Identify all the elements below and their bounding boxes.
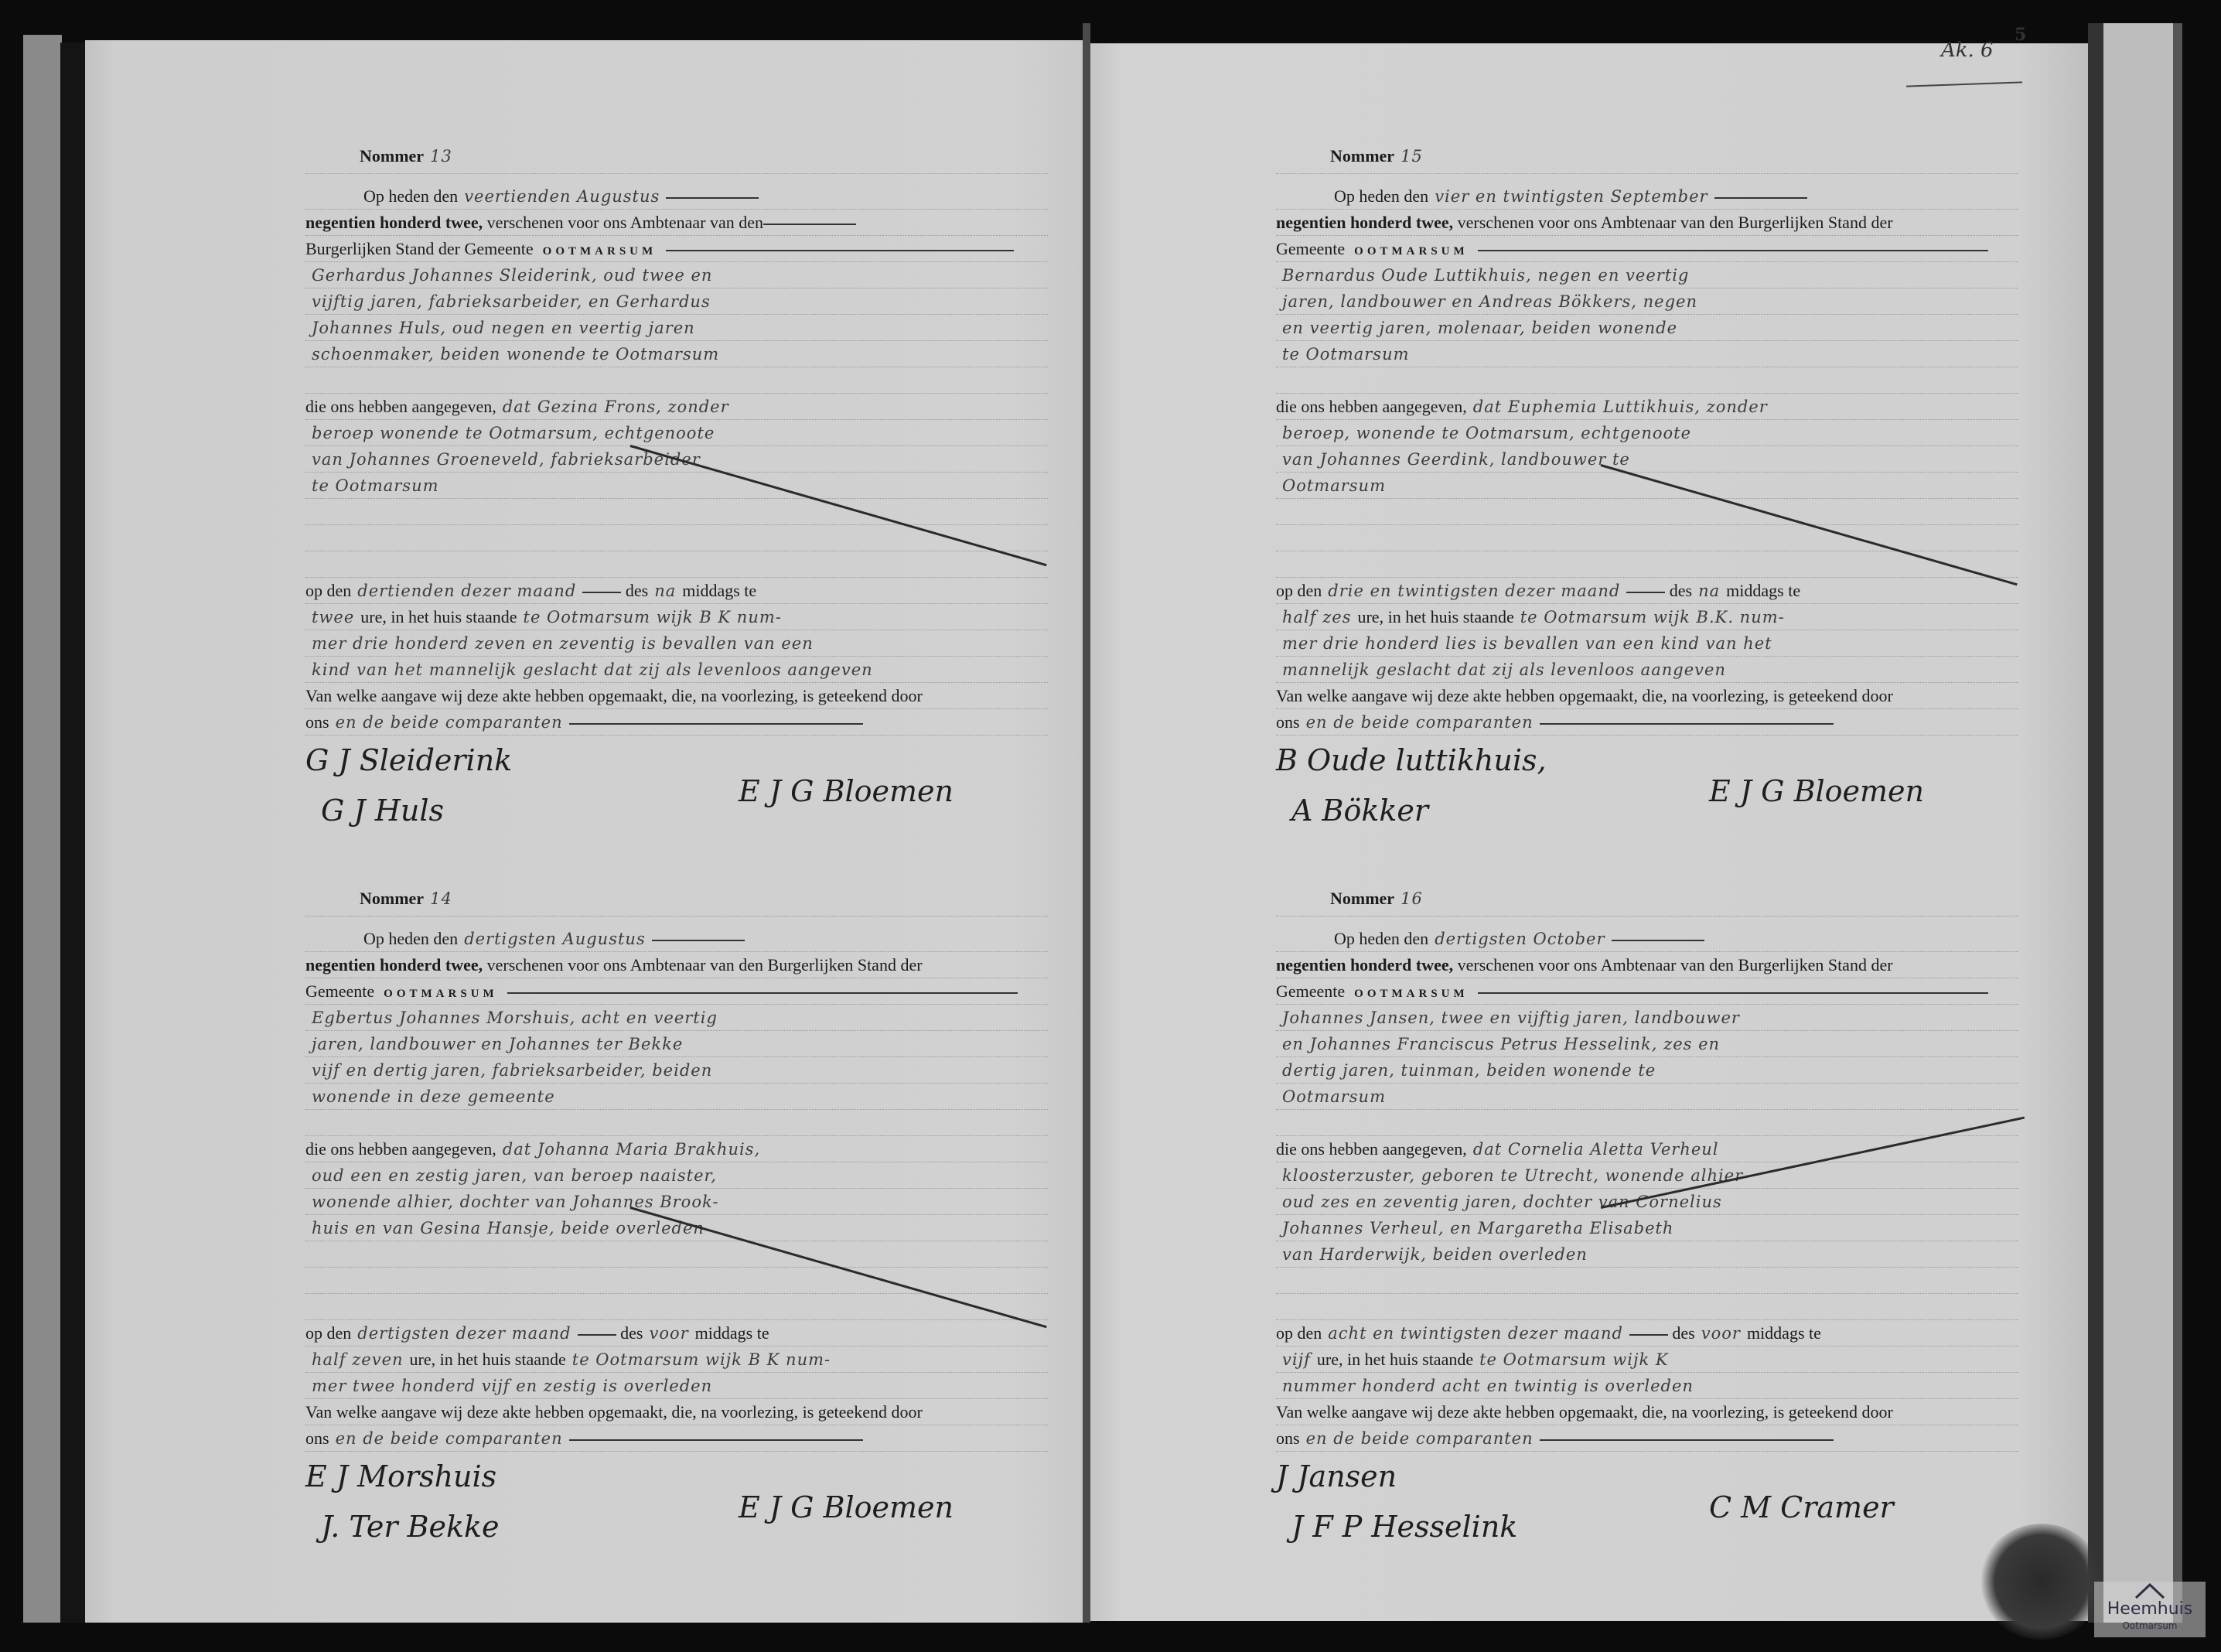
des-label: des <box>626 581 648 600</box>
declared-text: Johannes Verheul, en Margaretha Elisabet… <box>1282 1219 1673 1237</box>
gemeente-line: GemeenteOOTMARSUM <box>1276 236 2018 262</box>
op-den-label: op den <box>1276 1323 1322 1343</box>
blank-line <box>305 1241 1048 1268</box>
event-text: mer drie honderd lies is bevallen van ee… <box>1282 634 1772 653</box>
house-location: te Ootmarsum wijk B K num- <box>572 1350 831 1369</box>
fill-rule <box>652 940 745 941</box>
comparant-text: Gerhardus Johannes Sleiderink, oud twee … <box>312 266 712 285</box>
fill-rule <box>569 723 863 725</box>
blank-line <box>305 1294 1048 1320</box>
blank-line <box>305 1110 1048 1136</box>
record-13: Nommer13Op heden denveertienden Augustus… <box>305 139 1048 852</box>
record-number: 15 <box>1400 147 1423 166</box>
declared-line: van Harderwijk, beiden overleden <box>1276 1241 2018 1268</box>
comparant-line: jaren, landbouwer en Andreas Bökkers, ne… <box>1276 288 2018 315</box>
event-text: mer twee honderd vijf en zestig is overl… <box>312 1377 712 1395</box>
verschenen-text: verschenen voor ons Ambtenaar van den Bu… <box>1458 213 1893 232</box>
closing-text: Van welke aangave wij deze akte hebben o… <box>305 686 923 705</box>
gemeente-line: Burgerlijken Stand der GemeenteOOTMARSUM <box>305 236 1048 262</box>
declared-line: Johannes Verheul, en Margaretha Elisabet… <box>1276 1215 2018 1241</box>
comparant-text: Bernardus Oude Luttikhuis, negen en veer… <box>1282 266 1689 285</box>
hour-value: vijf <box>1282 1350 1311 1369</box>
signature: E J G Bloemen <box>739 774 954 808</box>
hour-value: twee <box>312 608 354 626</box>
op-den-line: op denacht en twintigsten dezer maand de… <box>1276 1320 2018 1347</box>
blank-line <box>1276 1110 2018 1136</box>
scan-border-bottom <box>0 1623 2221 1652</box>
signature: J. Ter Bekke <box>321 1510 500 1544</box>
blank-line <box>1276 367 2018 394</box>
fill-rule <box>666 250 1014 251</box>
date-line: Op heden denvier en twintigsten Septembe… <box>1276 183 2018 210</box>
time-of-day: na <box>1698 582 1720 600</box>
op-heden-label: Op heden den <box>1334 929 1428 948</box>
page-number: 5 <box>2015 25 2026 45</box>
book-edge-left <box>23 35 62 1643</box>
declared-text: te Ootmarsum <box>312 476 439 495</box>
op-den-line: op dendertigsten dezer maand desvoormidd… <box>305 1320 1048 1347</box>
year-text: negentien honderd twee, <box>305 955 483 974</box>
signature: E J G Bloemen <box>1709 774 1924 808</box>
scan-border-right <box>2182 0 2221 1652</box>
comparant-line: Gerhardus Johannes Sleiderink, oud twee … <box>305 262 1048 288</box>
declared-text: kloosterzuster, geboren te Utrecht, wone… <box>1282 1166 1743 1185</box>
declared-line: te Ootmarsum <box>305 473 1048 499</box>
municipality-name: OOTMARSUM <box>1354 245 1469 258</box>
fill-rule <box>763 224 856 225</box>
nommer-label: Nommer <box>1330 146 1394 166</box>
comparant-text: Johannes Jansen, twee en vijftig jaren, … <box>1282 1009 1740 1027</box>
declared-text: dat Gezina Frons, zonder <box>503 398 729 416</box>
comparant-line: en Johannes Franciscus Petrus Hesselink,… <box>1276 1031 2018 1057</box>
declared-text: van Johannes Groeneveld, fabrieksarbeide… <box>312 450 701 469</box>
comparant-text: schoenmaker, beiden wonende te Ootmarsum <box>312 345 719 364</box>
declared-line: die ons hebben aangegeven,dat Johanna Ma… <box>305 1136 1048 1162</box>
ons-label: ons <box>1276 1428 1300 1448</box>
comparant-text: dertig jaren, tuinman, beiden wonende te <box>1282 1061 1656 1080</box>
verschenen-text: verschenen voor ons Ambtenaar van den Bu… <box>1458 955 1893 974</box>
comparant-line: dertig jaren, tuinman, beiden wonende te <box>1276 1057 2018 1084</box>
declared-line: die ons hebben aangegeven,dat Euphemia L… <box>1276 394 2018 420</box>
op-heden-label: Op heden den <box>363 186 458 206</box>
signature: B Oude luttikhuis, <box>1276 743 1547 777</box>
signature: C M Cramer <box>1709 1490 1894 1524</box>
date-line: Op heden denveertienden Augustus <box>305 183 1048 210</box>
house-roof-icon <box>2134 1583 2165 1599</box>
die-ons-label: die ons hebben aangegeven, <box>305 397 496 416</box>
closing-text: Van welke aangave wij deze akte hebben o… <box>1276 1402 1893 1422</box>
comparant-line: schoenmaker, beiden wonende te Ootmarsum <box>305 341 1048 367</box>
gemeente-line: GemeenteOOTMARSUM <box>1276 978 2018 1005</box>
signed-by-line: onsen de beide comparanten <box>1276 1425 2018 1452</box>
fill-rule <box>1714 197 1807 199</box>
signature: J Jansen <box>1276 1459 1397 1493</box>
comparant-text: vijf en dertig jaren, fabrieksarbeider, … <box>312 1061 712 1080</box>
ure-line: half zevenure, in het huis staandete Oot… <box>305 1347 1048 1373</box>
op-den-line: op dendrie en twintigsten dezer maand de… <box>1276 578 2018 604</box>
ure-label: ure, in het huis staande <box>1317 1350 1473 1369</box>
signed-by: en de beide comparanten <box>1306 1429 1534 1448</box>
signed-by: en de beide comparanten <box>1306 713 1534 732</box>
fill-rule <box>1540 723 1834 725</box>
declared-line: beroep, wonende te Ootmarsum, echtgenoot… <box>1276 420 2018 446</box>
blank-line <box>305 1268 1048 1294</box>
declared-text: wonende alhier, dochter van Johannes Bro… <box>312 1193 718 1211</box>
book-spine <box>1083 23 1090 1652</box>
fill-rule <box>1626 592 1665 593</box>
declared-line: Ootmarsum <box>1276 473 2018 499</box>
ure-label: ure, in het huis staande <box>410 1350 566 1369</box>
middags-label: middags te <box>1726 581 1800 600</box>
book-cover-right <box>2173 23 2182 1652</box>
year-line: negentien honderd twee, verschenen voor … <box>305 952 1048 978</box>
middags-label: middags te <box>682 581 756 600</box>
gemeente-label: Gemeente <box>305 981 374 1001</box>
heemhuis-watermark: Heemhuis Ootmarsum <box>2094 1582 2206 1637</box>
signature: J F P Hesselink <box>1291 1510 1517 1544</box>
event-text: nummer honderd acht en twintig is overle… <box>1282 1377 1694 1395</box>
year-line: negentien honderd twee, verschenen voor … <box>1276 952 2018 978</box>
nommer-label: Nommer <box>360 146 424 166</box>
ure-label: ure, in het huis staande <box>360 607 517 626</box>
declared-line: beroep wonende te Ootmarsum, echtgenoote <box>305 420 1048 446</box>
declared-text: dat Johanna Maria Brakhuis, <box>503 1140 760 1159</box>
fill-rule <box>1629 1334 1668 1336</box>
house-location: te Ootmarsum wijk B.K. num- <box>1520 608 1785 626</box>
declared-text: van Johannes Geerdink, landbouwer te <box>1282 450 1630 469</box>
record-14: Nommer14Op heden dendertigsten Augustusn… <box>305 882 1048 1568</box>
declared-line: die ons hebben aangegeven,dat Gezina Fro… <box>305 394 1048 420</box>
ons-label: ons <box>305 712 329 732</box>
op-den-label: op den <box>1276 581 1322 600</box>
year-line: negentien honderd twee, verschenen voor … <box>305 210 1048 236</box>
comparant-text: Egbertus Johannes Morshuis, acht en veer… <box>312 1009 718 1027</box>
municipality-name: OOTMARSUM <box>1354 988 1469 1000</box>
hour-value: half zes <box>1282 608 1351 626</box>
date-line: Op heden dendertigsten October <box>1276 926 2018 952</box>
signatures: B Oude luttikhuis,A BökkerE J G Bloemen <box>1276 736 2018 852</box>
fill-rule <box>1540 1439 1834 1441</box>
scan-border-top <box>0 0 2221 42</box>
year-text: negentien honderd twee, <box>1276 213 1453 232</box>
comparant-line: Bernardus Oude Luttikhuis, negen en veer… <box>1276 262 2018 288</box>
comparant-text: jaren, landbouwer en Johannes ter Bekke <box>312 1035 683 1053</box>
nommer-line: Nommer13 <box>305 139 1048 174</box>
comparant-text: te Ootmarsum <box>1282 345 1410 364</box>
hour-value: half zeven <box>312 1350 404 1369</box>
declared-text: beroep, wonende te Ootmarsum, echtgenoot… <box>1282 424 1691 442</box>
op-den-label: op den <box>305 1323 351 1343</box>
nommer-label: Nommer <box>1330 889 1394 908</box>
declared-line: wonende alhier, dochter van Johannes Bro… <box>305 1189 1048 1215</box>
event-text: mer drie honderd zeven en zeventig is be… <box>312 634 814 653</box>
comparant-line: Johannes Huls, oud negen en veertig jare… <box>305 315 1048 341</box>
ons-label: ons <box>1276 712 1300 732</box>
blank-line <box>1276 499 2018 525</box>
declared-text: dat Cornelia Aletta Verheul <box>1473 1140 1719 1159</box>
comparant-text: wonende in deze gemeente <box>312 1087 555 1106</box>
event-text: kind van het mannelijk geslacht dat zij … <box>312 660 873 679</box>
ure-label: ure, in het huis staande <box>1357 607 1513 626</box>
closing-line: Van welke aangave wij deze akte hebben o… <box>1276 683 2018 709</box>
house-location: te Ootmarsum wijk B K num- <box>524 608 782 626</box>
comparant-line: vijf en dertig jaren, fabrieksarbeider, … <box>305 1057 1048 1084</box>
nommer-line: Nommer14 <box>305 882 1048 916</box>
event-line: nummer honderd acht en twintig is overle… <box>1276 1373 2018 1399</box>
signature: G J Huls <box>321 794 444 828</box>
die-ons-label: die ons hebben aangegeven, <box>1276 1139 1467 1159</box>
blank-line <box>1276 551 2018 578</box>
middags-label: middags te <box>695 1323 769 1343</box>
declared-text: oud een en zestig jaren, van beroep naai… <box>312 1166 717 1185</box>
event-line: mer drie honderd lies is bevallen van ee… <box>1276 630 2018 657</box>
comparant-line: en veertig jaren, molenaar, beiden wonen… <box>1276 315 2018 341</box>
des-label: des <box>620 1323 643 1343</box>
watermark-name: Heemhuis <box>2094 1600 2206 1619</box>
record-date: veertienden Augustus <box>464 187 660 206</box>
closing-line: Van welke aangave wij deze akte hebben o… <box>1276 1399 2018 1425</box>
municipality-name: OOTMARSUM <box>384 988 498 1000</box>
declared-line: oud een en zestig jaren, van beroep naai… <box>305 1162 1048 1189</box>
ons-label: ons <box>305 1428 329 1448</box>
house-location: te Ootmarsum wijk K <box>1479 1350 1669 1369</box>
fill-rule <box>569 1439 863 1441</box>
signed-by: en de beide comparanten <box>336 1429 563 1448</box>
closing-text: Van welke aangave wij deze akte hebben o… <box>1276 686 1893 705</box>
record-number: 14 <box>430 889 452 908</box>
closing-line: Van welke aangave wij deze akte hebben o… <box>305 683 1048 709</box>
die-ons-label: die ons hebben aangegeven, <box>305 1139 496 1159</box>
book-edge-right-dark <box>2088 23 2103 1652</box>
event-line: mer twee honderd vijf en zestig is overl… <box>305 1373 1048 1399</box>
fill-rule <box>666 197 759 199</box>
year-text: negentien honderd twee, <box>1276 955 1453 974</box>
time-of-day: voor <box>649 1324 688 1343</box>
event-line: mer drie honderd zeven en zeventig is be… <box>305 630 1048 657</box>
signatures: G J SleiderinkG J HulsE J G Bloemen <box>305 736 1048 852</box>
comparant-line: wonende in deze gemeente <box>305 1084 1048 1110</box>
declared-line: van Johannes Geerdink, landbouwer te <box>1276 446 2018 473</box>
year-line: negentien honderd twee, verschenen voor … <box>1276 210 2018 236</box>
signature: A Bökker <box>1291 794 1428 828</box>
fill-rule <box>582 592 621 593</box>
municipality-name: OOTMARSUM <box>543 245 657 258</box>
middags-label: middags te <box>1747 1323 1821 1343</box>
year-text: negentien honderd twee, <box>305 213 483 232</box>
comparant-line: Egbertus Johannes Morshuis, acht en veer… <box>305 1005 1048 1031</box>
record-date: vier en twintigsten September <box>1435 187 1708 206</box>
op-heden-label: Op heden den <box>363 929 458 948</box>
book-cover-left <box>60 43 85 1651</box>
comparant-line: vijftig jaren, fabrieksarbeider, en Gerh… <box>305 288 1048 315</box>
des-label: des <box>1670 581 1692 600</box>
declared-text: Ootmarsum <box>1282 476 1386 495</box>
signed-by: en de beide comparanten <box>336 713 563 732</box>
comparant-line: jaren, landbouwer en Johannes ter Bekke <box>305 1031 1048 1057</box>
declared-text: beroep wonende te Ootmarsum, echtgenoote <box>312 424 715 442</box>
closing-line: Van welke aangave wij deze akte hebben o… <box>305 1399 1048 1425</box>
blank-line <box>1276 525 2018 551</box>
blank-line <box>305 551 1048 578</box>
verschenen-text: verschenen voor ons Ambtenaar van den <box>487 213 763 232</box>
declared-line: huis en van Gesina Hansje, beide overled… <box>305 1215 1048 1241</box>
declared-text: dat Euphemia Luttikhuis, zonder <box>1473 398 1768 416</box>
book-edge-right <box>2103 23 2173 1652</box>
death-date: dertienden dezer maand <box>357 582 576 600</box>
gemeente-label: Gemeente <box>1276 239 1345 258</box>
fill-rule <box>1478 250 1988 251</box>
comparant-text: en veertig jaren, molenaar, beiden wonen… <box>1282 319 1677 337</box>
fill-rule <box>578 1334 616 1336</box>
record-number: 13 <box>430 147 452 166</box>
des-label: des <box>1672 1323 1694 1343</box>
time-of-day: voor <box>1701 1324 1741 1343</box>
blank-line <box>305 499 1048 525</box>
blank-line <box>1276 1294 2018 1320</box>
record-date: dertigsten Augustus <box>464 930 646 948</box>
watermark-subtitle: Ootmarsum <box>2094 1620 2206 1631</box>
time-of-day: na <box>654 582 676 600</box>
fill-rule <box>1612 940 1704 941</box>
nommer-line: Nommer15 <box>1276 139 2018 174</box>
ure-line: vijfure, in het huis staandete Ootmarsum… <box>1276 1347 2018 1373</box>
event-text: mannelijk geslacht dat zij als levenloos… <box>1282 660 1726 679</box>
death-date: drie en twintigsten dezer maand <box>1328 582 1620 600</box>
fill-rule <box>507 992 1018 994</box>
declared-line: kloosterzuster, geboren te Utrecht, wone… <box>1276 1162 2018 1189</box>
date-line: Op heden dendertigsten Augustus <box>305 926 1048 952</box>
comparant-text: Johannes Huls, oud negen en veertig jare… <box>312 319 695 337</box>
record-15: Nommer15Op heden denvier en twintigsten … <box>1276 139 2018 852</box>
declared-line: oud zes en zeventig jaren, dochter van C… <box>1276 1189 2018 1215</box>
signature: E J Morshuis <box>305 1459 496 1493</box>
comparant-line: Ootmarsum <box>1276 1084 2018 1110</box>
comparant-text: jaren, landbouwer en Andreas Bökkers, ne… <box>1282 292 1697 311</box>
signed-by-line: onsen de beide comparanten <box>305 1425 1048 1452</box>
comparant-text: vijftig jaren, fabrieksarbeider, en Gerh… <box>312 292 711 311</box>
declared-text: van Harderwijk, beiden overleden <box>1282 1245 1588 1264</box>
death-date: acht en twintigsten dezer maand <box>1328 1324 1623 1343</box>
gemeente-label: Gemeente <box>1276 981 1345 1001</box>
blank-line <box>305 525 1048 551</box>
gemeente-line: GemeenteOOTMARSUM <box>305 978 1048 1005</box>
record-16: Nommer16Op heden dendertigsten Octoberne… <box>1276 882 2018 1568</box>
comparant-line: te Ootmarsum <box>1276 341 2018 367</box>
signature: E J G Bloemen <box>739 1490 954 1524</box>
op-den-line: op dendertienden dezer maand desnamiddag… <box>305 578 1048 604</box>
record-number: 16 <box>1400 889 1423 908</box>
op-den-label: op den <box>305 581 351 600</box>
signed-by-line: onsen de beide comparanten <box>305 709 1048 736</box>
fill-rule <box>1478 992 1988 994</box>
event-line: mannelijk geslacht dat zij als levenloos… <box>1276 657 2018 683</box>
ure-line: half zesure, in het huis staandete Ootma… <box>1276 604 2018 630</box>
ure-line: tweeure, in het huis staandete Ootmarsum… <box>305 604 1048 630</box>
comparant-text: en Johannes Franciscus Petrus Hesselink,… <box>1282 1035 1720 1053</box>
declared-line: die ons hebben aangegeven,dat Cornelia A… <box>1276 1136 2018 1162</box>
op-heden-label: Op heden den <box>1334 186 1428 206</box>
gemeente-label: Burgerlijken Stand der Gemeente <box>305 239 534 258</box>
comparant-text: Ootmarsum <box>1282 1087 1386 1106</box>
signatures: E J MorshuisJ. Ter BekkeE J G Bloemen <box>305 1452 1048 1568</box>
folio-mark: Ak. 6 <box>1941 39 1994 62</box>
event-line: kind van het mannelijk geslacht dat zij … <box>305 657 1048 683</box>
signed-by-line: onsen de beide comparanten <box>1276 709 2018 736</box>
record-date: dertigsten October <box>1435 930 1605 948</box>
blank-line <box>1276 1268 2018 1294</box>
die-ons-label: die ons hebben aangegeven, <box>1276 397 1467 416</box>
closing-text: Van welke aangave wij deze akte hebben o… <box>305 1402 923 1422</box>
nommer-label: Nommer <box>360 889 424 908</box>
declared-text: huis en van Gesina Hansje, beide overled… <box>312 1219 705 1237</box>
comparant-line: Johannes Jansen, twee en vijftig jaren, … <box>1276 1005 2018 1031</box>
death-date: dertigsten dezer maand <box>357 1324 571 1343</box>
signatures: J JansenJ F P HesselinkC M Cramer <box>1276 1452 2018 1568</box>
blank-line <box>305 367 1048 394</box>
verschenen-text: verschenen voor ons Ambtenaar van den Bu… <box>487 955 923 974</box>
signature: G J Sleiderink <box>305 743 512 777</box>
nommer-line: Nommer16 <box>1276 882 2018 916</box>
